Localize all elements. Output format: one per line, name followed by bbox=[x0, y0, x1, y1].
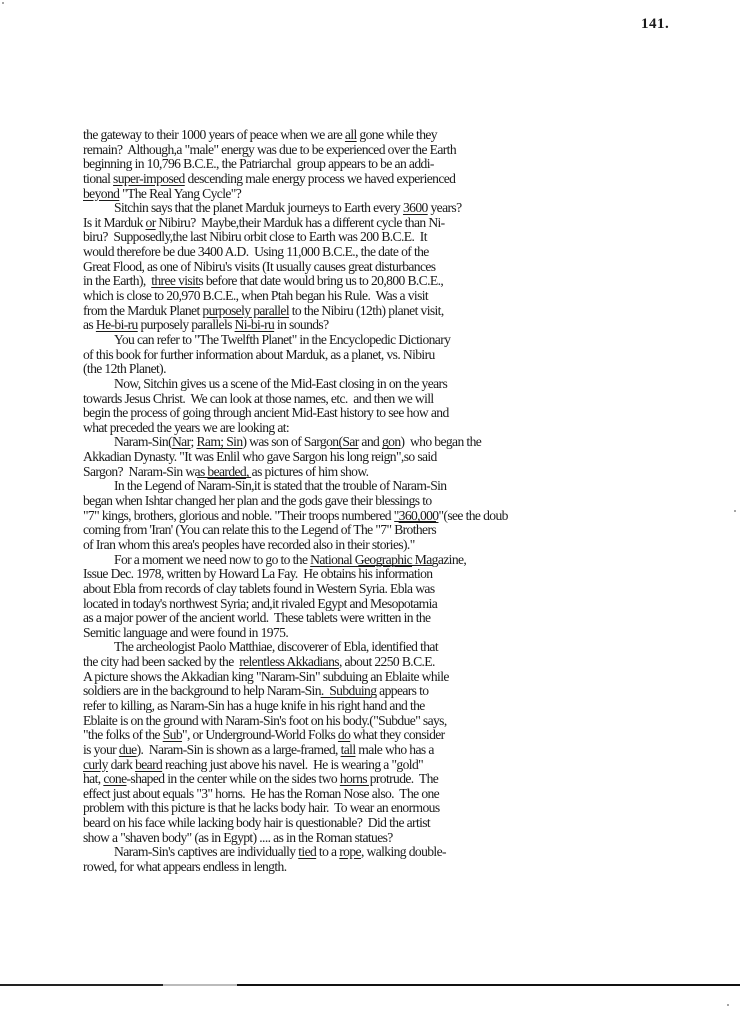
text-segment: ", or Underground-World Folks bbox=[182, 727, 338, 742]
underlined-text: Sin bbox=[226, 434, 242, 449]
text-segment: hand and the bbox=[360, 698, 425, 713]
text-segment: ) was son of Sargon( bbox=[243, 434, 343, 449]
underlined-text: cone bbox=[103, 771, 126, 786]
text-line: beginning in 10,796 B.C.E., the Patriarc… bbox=[83, 157, 740, 172]
text-segment: ). Naram-Sin is shown as a large-framed, bbox=[137, 742, 341, 757]
underlined-text: bearded bbox=[207, 464, 246, 479]
underlined-text: super-imposed bbox=[113, 171, 185, 186]
text-line: biru? Supposedly,the last Nibiru orbit c… bbox=[83, 230, 740, 245]
text-line: problem with this picture is that he lac… bbox=[83, 801, 740, 816]
text-line: soldiers are in the background to help N… bbox=[83, 684, 740, 699]
text-segment: The archeologist Paolo Matthiae, discove… bbox=[114, 639, 438, 654]
text-segment: of Iran whom this area's peoples have re… bbox=[83, 537, 415, 552]
text-segment: rowed, for what appears endless in lengt… bbox=[83, 859, 286, 874]
overlined-text: his bbox=[330, 449, 344, 464]
underlined-text: Ram bbox=[196, 434, 220, 449]
text-segment: which is close to bbox=[83, 288, 166, 303]
text-segment: dark bbox=[108, 757, 135, 772]
text-segment: what they consider bbox=[350, 727, 444, 742]
text-segment: biru? Supposedly,the last Nibiru orbit c… bbox=[83, 229, 427, 244]
text-segment: , about 2250 B.C.E. bbox=[339, 654, 435, 669]
text-line: Naram-Sin(Nar; Ram; Sin) was son of Sarg… bbox=[83, 435, 740, 450]
underlined-text: Akkadians bbox=[286, 654, 339, 669]
text-segment: You can refer to "The Twelfth Planet" in… bbox=[114, 332, 450, 347]
underlined-text: tied bbox=[298, 844, 316, 859]
text-segment: as a major power of the ancient world. T… bbox=[83, 610, 430, 625]
underlined-text: three bbox=[151, 273, 175, 288]
text-segment: ,it is stated that the trouble of Naram-… bbox=[251, 478, 446, 493]
text-segment: beginning in 10,796 B.C.E., the Patriarc… bbox=[83, 156, 434, 171]
text-line: (the 12th Planet). bbox=[83, 362, 740, 377]
text-segment: subduing an Eblaite while bbox=[320, 669, 449, 684]
text-segment: beard on his face while lacking body hai… bbox=[83, 815, 430, 830]
text-line: began when Ishtar changed her plan and t… bbox=[83, 494, 740, 509]
text-segment: Naram-Sin's captives are individually bbox=[114, 844, 298, 859]
underlined-text: tall bbox=[341, 742, 356, 757]
overlined-text: 20,970 bbox=[166, 288, 200, 303]
underlined-text: curly bbox=[83, 757, 108, 772]
text-line: remain? Although,a "male" energy was due… bbox=[83, 143, 740, 158]
text-line: curly dark beard reaching just above his… bbox=[83, 758, 740, 773]
text-segment: Is it Marduk bbox=[83, 215, 146, 230]
text-segment: protrude. The bbox=[367, 771, 438, 786]
text-segment: In the Legend of bbox=[114, 478, 197, 493]
text-segment: about Ebla from records of clay tablets … bbox=[83, 581, 435, 596]
overlined-text: his information bbox=[358, 566, 432, 581]
text-segment: to the Nibiru (12th) planet visit, bbox=[289, 303, 444, 318]
text-segment: Sargon? Naram-Sin was bbox=[83, 464, 207, 479]
text-line: is your due). Naram-Sin is shown as a la… bbox=[83, 743, 740, 758]
text-line: Semitic language and were found in 1975. bbox=[83, 626, 740, 641]
text-line: Great Flood, as one of Nibiru's visits (… bbox=[83, 260, 740, 275]
bottom-rule bbox=[0, 984, 740, 986]
text-line: begin the process of going through ancie… bbox=[83, 406, 740, 421]
underlined-text: do bbox=[338, 727, 350, 742]
text-line: coming from 'Iran' (You can relate this … bbox=[83, 523, 740, 538]
text-segment: to a bbox=[316, 844, 339, 859]
text-segment: "The Real Yang Cycle"? bbox=[119, 186, 241, 201]
underlined-text: 360,000 bbox=[399, 508, 439, 523]
text-segment: Sitchin says that the planet Marduk jour… bbox=[114, 200, 403, 215]
text-segment: would therefore be due 3400 A.D. Using 1… bbox=[83, 244, 429, 259]
underlined-text: horns bbox=[340, 771, 367, 786]
underlined-text: Nar bbox=[172, 434, 191, 449]
text-segment: "7" kings, brothers, glorious and noble.… bbox=[83, 508, 399, 523]
text-segment: visits before that date would bring us t… bbox=[175, 273, 443, 288]
text-segment: Now, Sitchin gives us a scene of the Mid… bbox=[114, 376, 447, 391]
text-segment: "(see the doub bbox=[438, 508, 507, 523]
underlined-text: 3600 bbox=[403, 200, 428, 215]
scan-speck bbox=[727, 1004, 729, 1006]
text-line: towards Jesus Christ. We can look at tho… bbox=[83, 392, 740, 407]
underlined-text: rope bbox=[339, 844, 361, 859]
text-line: beyond "The Real Yang Cycle"? bbox=[83, 187, 740, 202]
text-segment: Naram-Sin( bbox=[114, 434, 172, 449]
text-line: You can refer to "The Twelfth Planet" in… bbox=[83, 333, 740, 348]
text-line: Issue Dec. 1978, written by Howard La Fa… bbox=[83, 567, 740, 582]
underlined-text: all bbox=[345, 127, 357, 142]
text-segment: For a moment we need now to go to the bbox=[114, 552, 310, 567]
text-line: beard on his face while lacking body hai… bbox=[83, 816, 740, 831]
text-line: as a major power of the ancient world. T… bbox=[83, 611, 740, 626]
underlined-text: Subduing bbox=[329, 683, 376, 698]
overlined-text: "Naram-Sin" bbox=[256, 669, 320, 684]
text-segment: Eblaite is on the ground with Naram-Sin'… bbox=[83, 713, 447, 728]
text-segment: hat, bbox=[83, 771, 103, 786]
text-segment: years? bbox=[428, 200, 462, 215]
text-segment: Akkadian Dynasty. "It was bbox=[83, 449, 216, 464]
text-segment: gone while they bbox=[357, 127, 437, 142]
text-segment: as bbox=[83, 317, 96, 332]
underlined-text: relentless bbox=[239, 654, 284, 669]
page-number: 141. bbox=[641, 16, 669, 33]
text-segment: tional bbox=[83, 171, 113, 186]
text-segment: show a "shaven body" (as in Egypt) .... … bbox=[83, 830, 393, 845]
text-line: The archeologist Paolo Matthiae, discove… bbox=[83, 640, 740, 655]
overlined-text: Nose bbox=[344, 786, 369, 801]
text-segment: in sounds? bbox=[274, 317, 328, 332]
text-segment: in the Earth), bbox=[83, 273, 151, 288]
text-line: of Iran whom this area's peoples have re… bbox=[83, 538, 740, 553]
text-line: Naram-Sin's captives are individually ti… bbox=[83, 845, 740, 860]
underlined-text: or bbox=[146, 215, 156, 230]
text-segment: the gateway to their 1000 years of peace… bbox=[83, 127, 345, 142]
overlined-text: Brothers bbox=[394, 522, 436, 537]
text-line: effect just about equals "3" horns. He h… bbox=[83, 787, 740, 802]
underlined-text: beard bbox=[135, 757, 162, 772]
underlined-text: Sar bbox=[342, 434, 358, 449]
text-segment: (the 12th Planet). bbox=[83, 361, 166, 376]
text-segment: ) who began the bbox=[401, 434, 482, 449]
text-segment: Ni- bbox=[426, 215, 445, 230]
underlined-text: He-bi-ru bbox=[96, 317, 138, 332]
text-line: what preceded the years we are looking a… bbox=[83, 421, 740, 436]
text-segment: effect just about equals "3" horns. He h… bbox=[83, 786, 344, 801]
scan-speck bbox=[2, 2, 4, 4]
text-line: "the folks of the Sub", or Underground-W… bbox=[83, 728, 740, 743]
text-segment: also. The one bbox=[369, 786, 439, 801]
text-segment: A picture shows the Akkadian king bbox=[83, 669, 256, 684]
text-segment: appears to bbox=[376, 683, 428, 698]
text-line: In the Legend of Naram-Sin,it is stated … bbox=[83, 479, 740, 494]
underlined-text: due bbox=[119, 742, 137, 757]
text-line: which is close to 20,970 B.C.E., when Pt… bbox=[83, 289, 740, 304]
underlined-text: beyond bbox=[83, 186, 119, 201]
text-line: from the Marduk Planet purposely paralle… bbox=[83, 304, 740, 319]
underlined-text: National Geographic bbox=[310, 552, 412, 567]
text-line: as He-bi-ru purposely parallels Ni-bi-ru… bbox=[83, 318, 740, 333]
text-line: refer to killing, as Naram-Sin has a hug… bbox=[83, 699, 740, 714]
text-line: tional super-imposed descending male ene… bbox=[83, 172, 740, 187]
text-line: the city had been sacked by the relentle… bbox=[83, 655, 740, 670]
text-line: A picture shows the Akkadian king "Naram… bbox=[83, 670, 740, 685]
text-segment: remain? Although,a "male" energy was due… bbox=[83, 142, 456, 157]
text-line: Eblaite is on the ground with Naram-Sin'… bbox=[83, 714, 740, 729]
text-segment: male who has a bbox=[355, 742, 433, 757]
text-line: located in today's northwest Syria; and,… bbox=[83, 597, 740, 612]
text-segment: problem with this picture is that he lac… bbox=[83, 800, 440, 815]
text-segment: -shaped in the center while on the sides… bbox=[127, 771, 340, 786]
overlined-text: his right bbox=[321, 698, 360, 713]
text-line: would therefore be due 3400 A.D. Using 1… bbox=[83, 245, 740, 260]
text-segment: began when Ishtar changed her plan and t… bbox=[83, 493, 432, 508]
text-segment: B.C.E., when Ptah began his Rule. Was a … bbox=[200, 288, 428, 303]
overlined-text: Enlil bbox=[216, 449, 239, 464]
text-segment: who gave Sargon bbox=[239, 449, 329, 464]
text-segment: reaching just above his navel. He is wea… bbox=[162, 757, 423, 772]
body-text: the gateway to their 1000 years of peace… bbox=[83, 128, 740, 875]
text-line: Sitchin says that the planet Marduk jour… bbox=[83, 201, 740, 216]
text-line: Is it Marduk or Nibiru? Maybe,their Mard… bbox=[83, 216, 740, 231]
text-segment: of this book for further information abo… bbox=[83, 347, 435, 362]
text-segment: Issue Dec. 1978, written by Howard La Fa… bbox=[83, 566, 358, 581]
text-line: the gateway to their 1000 years of peace… bbox=[83, 128, 740, 143]
underlined-text: gon bbox=[382, 434, 401, 449]
text-line: show a "shaven body" (as in Egypt) .... … bbox=[83, 831, 740, 846]
text-line: of this book for further information abo… bbox=[83, 348, 740, 363]
text-line: hat, cone-shaped in the center while on … bbox=[83, 772, 740, 787]
text-segment: long reign",so said bbox=[344, 449, 437, 464]
underlined-text: purposely parallel bbox=[202, 303, 289, 318]
text-segment: begin the process of going through ancie… bbox=[83, 405, 449, 420]
text-segment: refer to killing, as Naram-Sin has a hug… bbox=[83, 698, 321, 713]
text-line: about Ebla from records of clay tablets … bbox=[83, 582, 740, 597]
text-segment: Nibiru? Maybe,their Marduk has a differe… bbox=[156, 215, 405, 230]
text-line: Akkadian Dynasty. "It was Enlil who gave… bbox=[83, 450, 740, 465]
text-segment: "the folks of the bbox=[83, 727, 163, 742]
text-segment: is your bbox=[83, 742, 119, 757]
text-segment: Magazine, bbox=[412, 552, 466, 567]
text-segment: located in today's northwest Syria; and,… bbox=[83, 596, 437, 611]
overlined-text: Naram-Sin bbox=[197, 478, 251, 493]
underlined-text: Ni-bi-ru bbox=[235, 317, 275, 332]
text-segment: towards Jesus Christ. We can look at tho… bbox=[83, 391, 434, 406]
text-segment: and bbox=[359, 434, 382, 449]
text-segment: Great Flood, as one of Nibiru's visits (… bbox=[83, 259, 435, 274]
text-segment: , as pictures of him show. bbox=[246, 464, 368, 479]
text-segment: purposely parallels bbox=[138, 317, 235, 332]
text-segment: what preceded the years we are looking a… bbox=[83, 420, 289, 435]
text-line: rowed, for what appears endless in lengt… bbox=[83, 860, 740, 875]
underlined-text: Sub bbox=[163, 727, 182, 742]
text-segment: soldiers are in the background to help N… bbox=[83, 683, 329, 698]
text-segment: the city had been sacked by the bbox=[83, 654, 239, 669]
text-segment: , walking double- bbox=[361, 844, 446, 859]
text-segment: coming from 'Iran' (You can relate this … bbox=[83, 522, 394, 537]
text-segment: descending male energy process we haved … bbox=[185, 171, 456, 186]
overlined-text: than bbox=[405, 215, 426, 230]
text-line: in the Earth), three visits before that … bbox=[83, 274, 740, 289]
text-segment: from the Marduk Planet bbox=[83, 303, 202, 318]
scan-speck bbox=[734, 510, 736, 512]
text-segment: Semitic language and were found in 1975. bbox=[83, 625, 288, 640]
text-line: Now, Sitchin gives us a scene of the Mid… bbox=[83, 377, 740, 392]
